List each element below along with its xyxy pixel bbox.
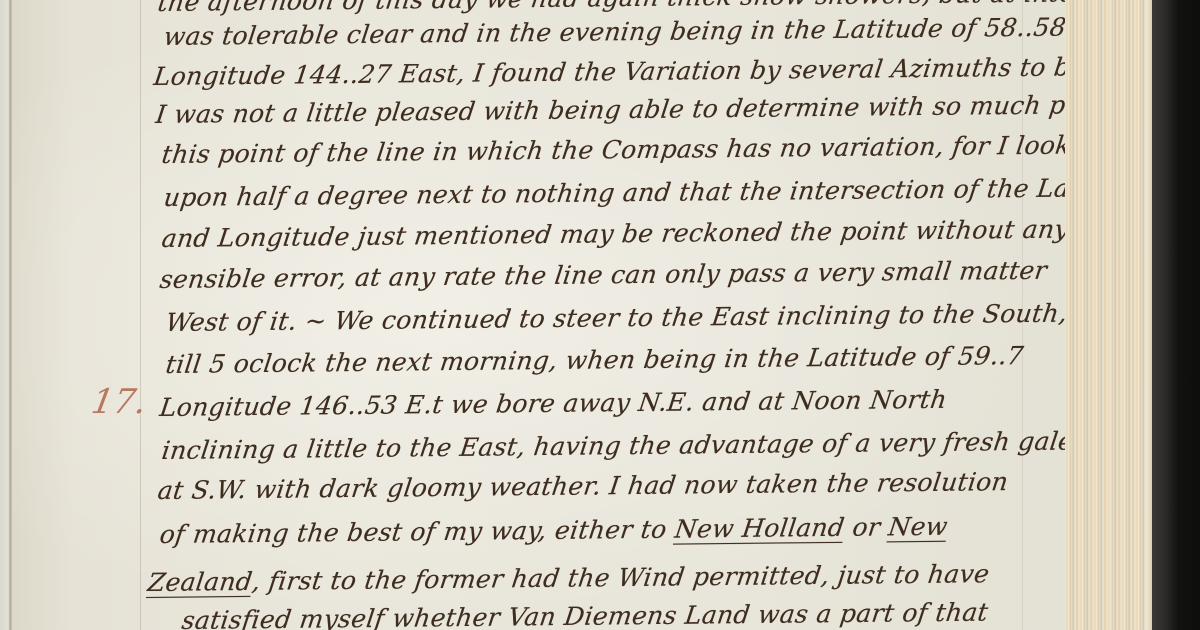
book-cover <box>1152 0 1200 630</box>
marginal-date-note: 17. <box>88 382 149 422</box>
text-line-4: I was not a little pleased with being ab… <box>154 89 1171 129</box>
handwritten-text-block: the afternoon of this day we had again t… <box>152 0 1032 630</box>
text-line-5: this point of the line in which the Comp… <box>160 130 1073 169</box>
book-page-edges <box>1065 0 1152 630</box>
text-line-3: Longitude 144..27 East, I found the Vari… <box>152 51 1200 91</box>
text-segment: , first to the former had the Wind permi… <box>250 559 991 596</box>
underlined-place-new: New <box>887 512 950 542</box>
text-line-12: inclining a little to the East, having t… <box>160 426 1075 465</box>
text-line-7: and Longitude just mentioned may be reck… <box>160 215 1071 253</box>
text-line-16: satisfied myself whether Van Diemens Lan… <box>180 598 990 630</box>
text-line-13: at S.W. with dark gloomy weather. I had … <box>156 467 1010 505</box>
text-line-9: West of it. ~ We continued to steer to t… <box>164 299 1069 337</box>
underlined-place-zealand: Zealand <box>146 567 254 597</box>
adjacent-page-edge <box>0 0 12 630</box>
manuscript-scan: 17. the afternoon of this day we had aga… <box>0 0 1200 630</box>
text-line-15: Zealand, first to the former had the Win… <box>146 559 991 597</box>
manuscript-page: 17. the afternoon of this day we had aga… <box>12 0 1065 630</box>
left-margin-rule <box>140 0 141 630</box>
text-line-8: sensible error, at any rate the line can… <box>158 256 1049 294</box>
text-segment: of making the best of my way, either to <box>158 515 677 549</box>
text-segment: or <box>843 512 891 541</box>
text-line-6: upon half a degree next to nothing and t… <box>162 173 1148 212</box>
text-line-2: was tolerable clear and in the evening b… <box>162 12 1152 51</box>
underlined-place-new-holland: New Holland <box>673 513 846 544</box>
text-line-11: Longitude 146..53 E.t we bore away N.E. … <box>158 385 949 422</box>
text-line-14: of making the best of my way, either to … <box>158 512 949 549</box>
text-line-10: till 5 oclock the next morning, when bei… <box>164 341 1025 379</box>
